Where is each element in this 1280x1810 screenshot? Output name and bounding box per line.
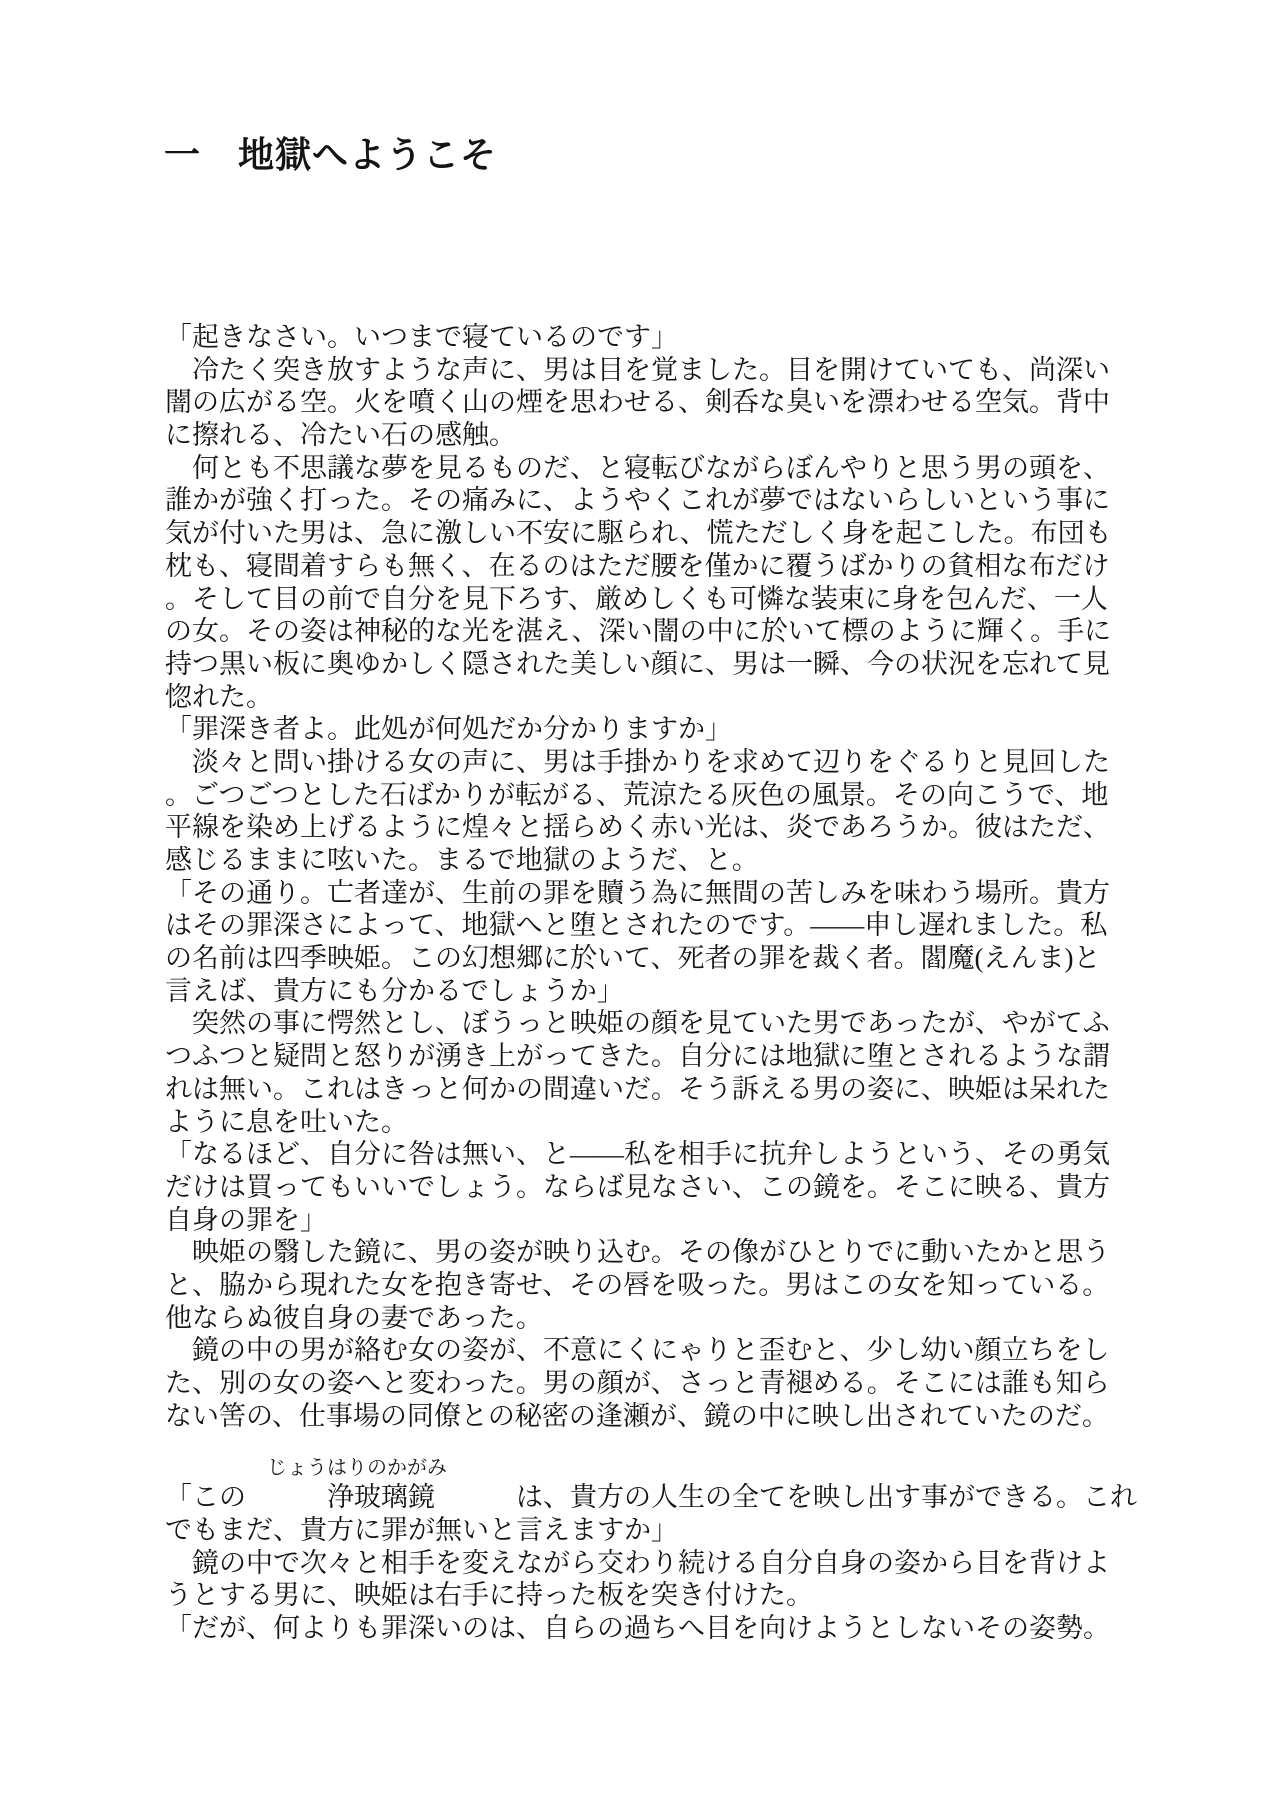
- text-line: 冷たく突き放すような声に、男は目を覚ました。目を開けていても、尚深い: [165, 354, 1125, 387]
- text-line: はその罪深さによって、地獄へと堕とされたのです。――申し遅れました。私: [165, 909, 1125, 942]
- text-line: 枕も、寝間着すらも無く、在るのはただ腰を僅かに覆うばかりの貧相な布だけ: [165, 550, 1125, 583]
- text-line: た、別の女の姿へと変わった。男の顔が、さっと青褪める。そこには誰も知ら: [165, 1367, 1125, 1400]
- text-line: 持つ黒い板に奥ゆかしく隠された美しい顔に、男は一瞬、今の状況を忘れて見: [165, 648, 1125, 681]
- text-line: 「この 浄玻璃鏡 は、貴方の人生の全てを映し出す事ができる。これ: [165, 1481, 1125, 1514]
- text-line: の名前は四季映姫。この幻想郷に於いて、死者の罪を裁く者。閻魔(えんま)と: [165, 942, 1125, 975]
- text-line: ように息を吐いた。: [165, 1106, 1125, 1139]
- text-line: 誰かが強く打った。その痛みに、ようやくこれが夢ではないらしいという事に: [165, 484, 1125, 517]
- text-line: 感じるままに呟いた。まるで地獄のようだ、と。: [165, 844, 1125, 877]
- text-line: 他ならぬ彼自身の妻であった。: [165, 1302, 1125, 1335]
- furigana-text: じょうはりのかがみ: [267, 1457, 447, 1479]
- text-line: 突然の事に愕然とし、ぼうっと映姫の顔を見ていた男であったが、やがてふ: [165, 1007, 1125, 1040]
- chapter-title: 一 地獄へようこそ: [164, 133, 497, 177]
- text-line: 。そして目の前で自分を見下ろす、厳めしくも可憐な装束に身を包んだ、一人: [165, 583, 1125, 616]
- text-line: だけは買ってもいいでしょう。ならば見なさい、この鏡を。そこに映る、貴方: [165, 1171, 1125, 1204]
- text-line: 闇の広がる空。火を噴く山の煙を思わせる、剣呑な臭いを漂わせる空気。背中: [165, 386, 1125, 419]
- document-page: 一 地獄へようこそ 「起きなさい。いつまで寝ているのです」 冷たく突き放すような…: [0, 0, 1280, 1810]
- text-line: 「起きなさい。いつまで寝ているのです」: [165, 321, 1125, 354]
- text-line: 何とも不思議な夢を見るものだ、と寝転びながらぼんやりと思う男の頭を、: [165, 452, 1125, 485]
- text-line: 「なるほど、自分に咎は無い、と――私を相手に抗弁しようという、その勇気: [165, 1138, 1125, 1171]
- text-line: 。ごつごつとした石ばかりが転がる、荒涼たる灰色の風景。その向こうで、地: [165, 779, 1125, 812]
- text-line: に擦れる、冷たい石の感触。: [165, 419, 1125, 452]
- text-line: ない筈の、仕事場の同僚との秘密の逢瀬が、鏡の中に映し出されていたのだ。: [165, 1400, 1125, 1433]
- text-line: 惚れた。: [165, 681, 1125, 714]
- text-line: と、脇から現れた女を抱き寄せ、その唇を吸った。男はこの女を知っている。: [165, 1269, 1125, 1302]
- text-line: でもまだ、貴方に罪が無いと言えますか」: [165, 1514, 1125, 1547]
- text-line: れは無い。これはきっと何かの間違いだ。そう訴える男の姿に、映姫は呆れた: [165, 1073, 1125, 1106]
- text-line: つふつと疑問と怒りが湧き上がってきた。自分には地獄に堕とされるような謂: [165, 1040, 1125, 1073]
- text-line: 言えば、貴方にも分かるでしょうか」: [165, 975, 1125, 1008]
- text-line: の女。その姿は神秘的な光を湛え、深い闇の中に於いて標のように輝く。手に: [165, 615, 1125, 648]
- text-line: 鏡の中で次々と相手を変えながら交わり続ける自分自身の姿から目を背けよ: [165, 1547, 1125, 1580]
- text-line: 気が付いた男は、急に激しい不安に駆られ、慌ただしく身を起こした。布団も: [165, 517, 1125, 550]
- text-line: 鏡の中の男が絡む女の姿が、不意にくにゃりと歪むと、少し幼い顔立ちをし: [165, 1334, 1125, 1367]
- text-line: 映姫の翳した鏡に、男の姿が映り込む。その像がひとりでに動いたかと思う: [165, 1236, 1125, 1269]
- text-line: 自身の罪を」: [165, 1204, 1125, 1237]
- text-line: うとする男に、映姫は右手に持った板を突き付けた。: [165, 1579, 1125, 1612]
- text-line: 淡々と問い掛ける女の声に、男は手掛かりを求めて辺りをぐるりと見回した: [165, 746, 1125, 779]
- text-line: 「その通り。亡者達が、生前の罪を贖う為に無間の苦しみを味わう場所。貴方: [165, 877, 1125, 910]
- text-line: 平線を染め上げるように煌々と揺らめく赤い光は、炎であろうか。彼はただ、: [165, 811, 1125, 844]
- text-line: 「だが、何よりも罪深いのは、自らの過ちへ目を向けようとしないその姿勢。: [165, 1612, 1125, 1645]
- furigana-line: じょうはりのかがみ: [165, 1432, 1125, 1481]
- text-line: 「罪深き者よ。此処が何処だか分かりますか」: [165, 713, 1125, 746]
- body-text: 「起きなさい。いつまで寝ているのです」 冷たく突き放すような声に、男は目を覚まし…: [165, 321, 1125, 1645]
